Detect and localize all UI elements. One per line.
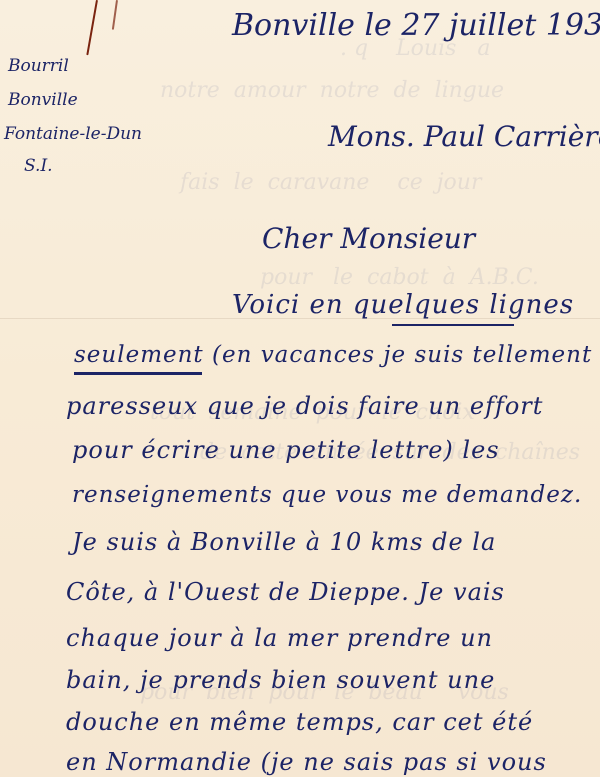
body-line: bain, je prends bien souvent une — [66, 666, 495, 694]
bleed-through: fais le caravane ce jour — [180, 170, 481, 195]
body-line: renseignements que vous me demandez. — [72, 482, 582, 508]
body-line: Voici en quelques lignes — [232, 290, 574, 320]
recipient-name: Mons. Paul Carrière — [328, 120, 600, 153]
sender-address-line: Fontaine-le-Dun — [4, 124, 142, 144]
body-line: Je suis à Bonville à 10 kms de la — [72, 528, 496, 556]
letter-page: . q Louis a notre amour notre de lingue … — [0, 0, 600, 777]
body-line: Côte, à l'Ouest de Dieppe. Je vais — [66, 578, 505, 606]
bleed-through: pour le cabot à A.B.C. — [260, 265, 539, 290]
salutation: Cher Monsieur — [262, 222, 475, 255]
body-line: en Normandie (je ne sais pas si vous — [66, 748, 547, 776]
red-pencil-mark — [112, 0, 118, 30]
bleed-through: notre amour notre de lingue — [160, 78, 504, 103]
body-line: douche en même temps, car cet été — [66, 708, 533, 736]
red-pencil-mark — [86, 0, 98, 55]
body-line: seulement (en vacances je suis tellement — [74, 342, 592, 368]
sender-address-line: S.I. — [24, 156, 53, 176]
underline-quelques — [392, 324, 514, 326]
underline-seulement — [74, 372, 202, 375]
place-date: Bonville le 27 juillet 1936 — [232, 8, 600, 43]
body-line-text: Voici en quelques lignes — [232, 290, 574, 320]
body-line: pour écrire une petite lettre) les — [72, 436, 500, 464]
body-line: chaque jour à la mer prendre un — [66, 624, 493, 652]
body-line: paresseux que je dois faire un effort — [66, 392, 543, 420]
sender-address-line: Bonville — [8, 90, 78, 110]
sender-address-line: Bourril — [8, 56, 69, 76]
